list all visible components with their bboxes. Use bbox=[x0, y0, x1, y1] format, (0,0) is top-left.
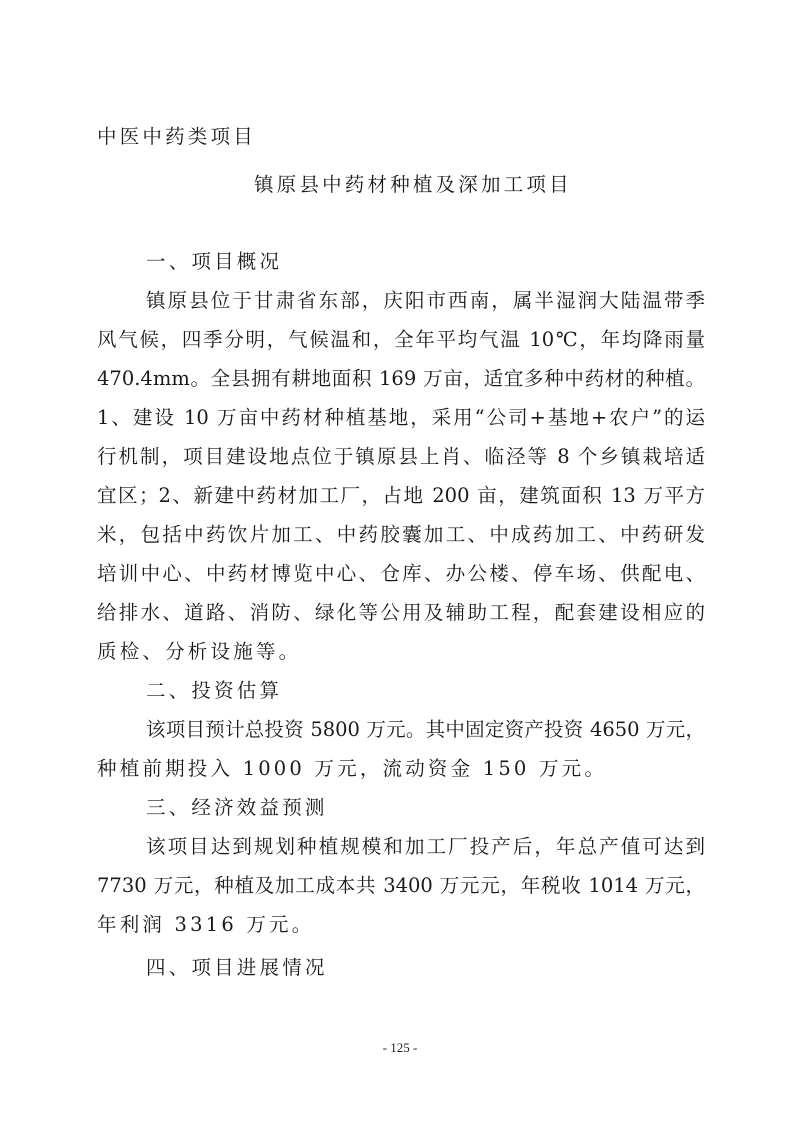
document-title: 镇原县中药材种植及深加工项目 bbox=[254, 173, 554, 197]
paragraph-line: 年利润 3316 万元。 bbox=[97, 913, 705, 937]
section-heading-overview: 一、项目概况 bbox=[146, 250, 705, 274]
section-heading-progress: 四、项目进展情况 bbox=[146, 956, 705, 980]
paragraph-line: 风气候，四季分明，气候温和，全年平均气温 10℃，年均降雨量 bbox=[97, 328, 705, 352]
paragraph-line: 种植前期投入 1000 万元，流动资金 150 万元。 bbox=[97, 757, 705, 781]
paragraph-line: 1、建设 10 万亩中药材种植基地，采用“公司+基地+农户”的运 bbox=[97, 406, 705, 430]
paragraph-line: 培训中心、中药材博览中心、仓库、办公楼、停车场、供配电、 bbox=[97, 562, 705, 586]
paragraph-line: 470.4mm。全县拥有耕地面积 169 万亩，适宜多种中药材的种植。 bbox=[97, 367, 705, 391]
paragraph-line: 质检、分析设施等。 bbox=[97, 640, 705, 664]
paragraph-line: 镇原县位于甘肃省东部，庆阳市西南，属半湿润大陆温带季 bbox=[146, 289, 705, 313]
paragraph-line: 给排水、道路、消防、绿化等公用及辅助工程，配套建设相应的 bbox=[97, 601, 705, 625]
section-heading-benefit: 三、经济效益预测 bbox=[146, 796, 705, 820]
page-number: - 125 - bbox=[0, 1040, 800, 1056]
paragraph-line: 该项目达到规划种植规模和加工厂投产后，年总产值可达到 bbox=[146, 835, 705, 859]
paragraph-line: 该项目预计总投资 5800 万元。其中固定资产投资 4650 万元， bbox=[146, 718, 705, 742]
document-page: 中医中药类项目 镇原县中药材种植及深加工项目 一、项目概况 镇原县位于甘肃省东部… bbox=[0, 0, 800, 1131]
paragraph-line: 米，包括中药饮片加工、中药胶囊加工、中成药加工、中药研发 bbox=[97, 523, 705, 547]
paragraph-line: 宜区；2、新建中药材加工厂，占地 200 亩，建筑面积 13 万平方 bbox=[97, 484, 705, 508]
category-heading: 中医中药类项目 bbox=[97, 125, 705, 149]
section-heading-investment: 二、投资估算 bbox=[146, 679, 705, 703]
paragraph-line: 行机制，项目建设地点位于镇原县上肖、临泾等 8 个乡镇栽培适 bbox=[97, 445, 705, 469]
paragraph-line: 7730 万元，种植及加工成本共 3400 万元元，年税收 1014 万元， bbox=[97, 874, 705, 898]
